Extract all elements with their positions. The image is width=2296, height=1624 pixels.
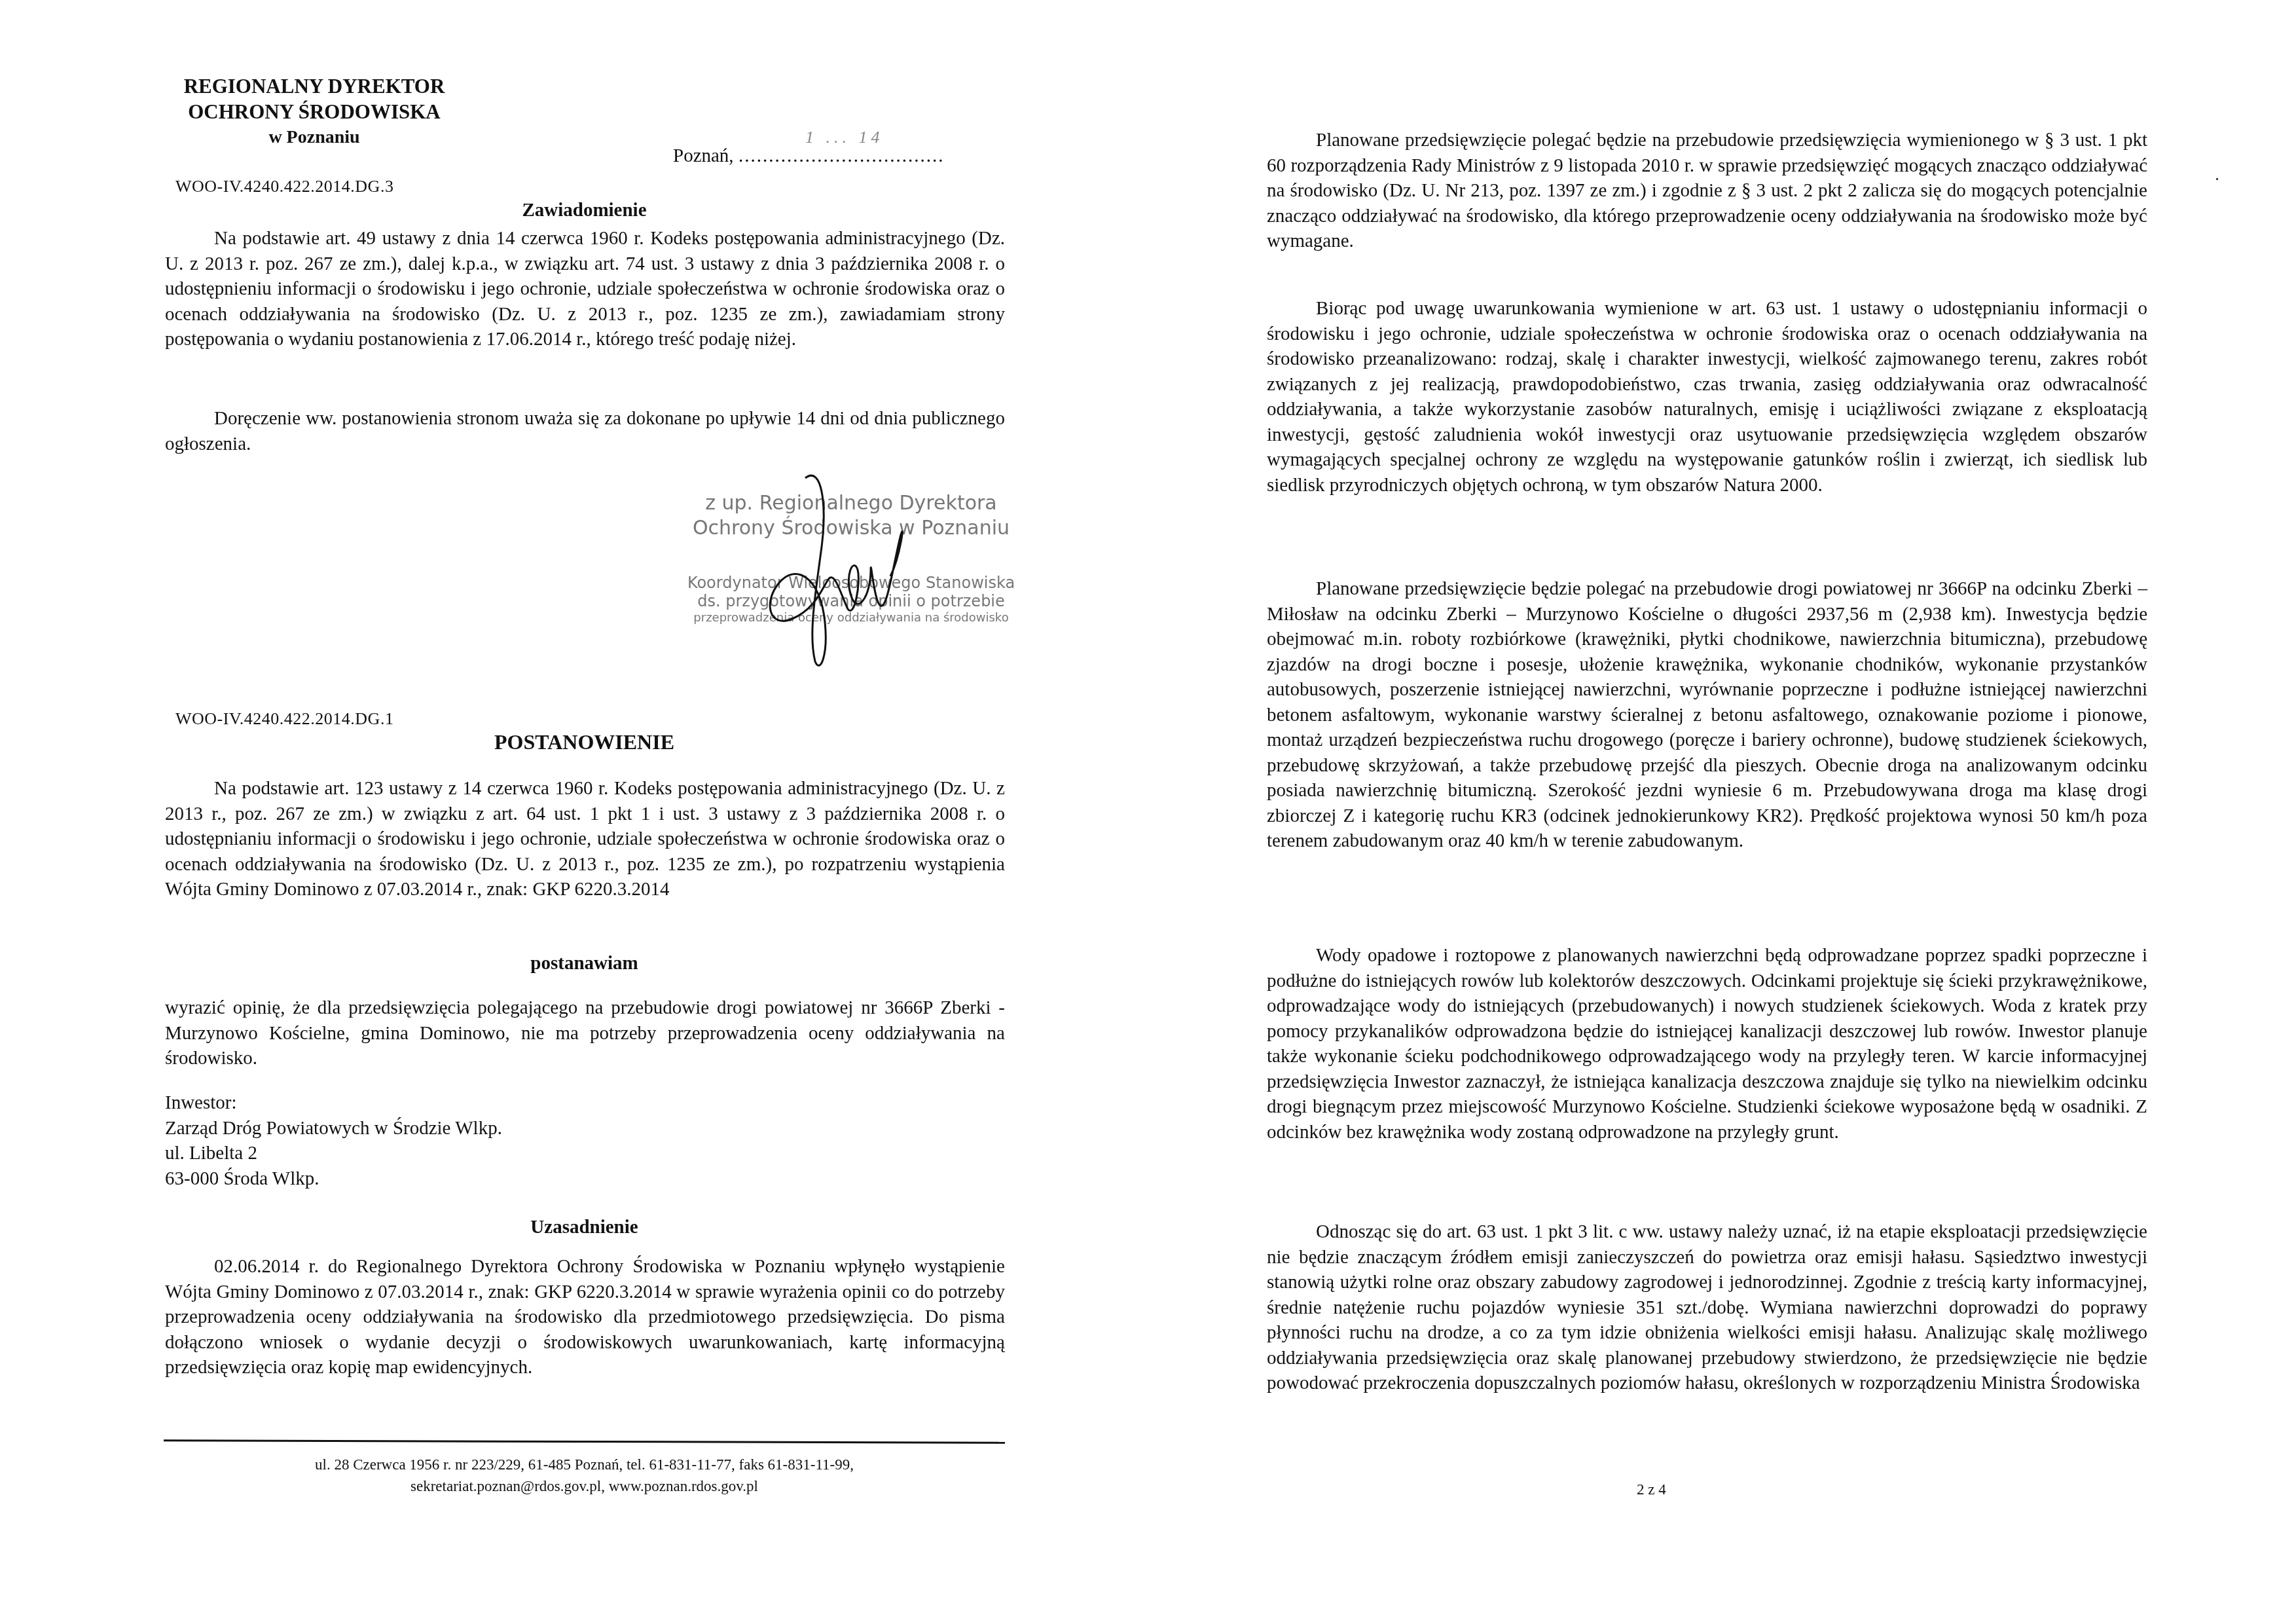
issuer-line-2: OCHRONY ŚRODOWISKA: [164, 99, 465, 124]
right-paragraph-4: Wody opadowe i roztopowe z planowanych n…: [1267, 943, 2147, 1145]
date-dots: ..................................: [738, 145, 945, 166]
investor-street: ul. Libelta 2: [165, 1141, 820, 1166]
handwritten-signature-icon: [743, 465, 913, 674]
reference-number-decision: WOO-IV.4240.422.2014.DG.1: [175, 709, 393, 729]
scan-speck: [2216, 178, 2218, 180]
document-page-right: Planowane przedsięwzięcie polegać będzie…: [1148, 0, 2296, 1624]
justification-title: Uzasadnienie: [164, 1217, 1005, 1238]
decision-title: POSTANOWIENIE: [164, 730, 1005, 754]
right-paragraph-5: Odnosząc się do art. 63 ust. 1 pkt 3 lit…: [1267, 1219, 2147, 1396]
right-paragraph-3: Planowane przedsięwzięcie będzie polegać…: [1267, 576, 2147, 854]
investor-name: Zarząd Dróg Powiatowych w Środzie Wlkp.: [165, 1116, 820, 1141]
justification-paragraph: 02.06.2014 r. do Regionalnego Dyrektora …: [165, 1254, 1005, 1380]
office-contact-footer: ul. 28 Czerwca 1956 r. nr 223/229, 61-48…: [164, 1454, 1005, 1497]
notice-title: Zawiadomienie: [164, 200, 1005, 221]
footer-email-web: sekretariat.poznan@rdos.gov.pl, www.pozn…: [164, 1475, 1005, 1497]
investor-label: Inwestor:: [165, 1090, 820, 1116]
document-page-left: REGIONALNY DYREKTOR OCHRONY ŚRODOWISKA w…: [0, 0, 1148, 1624]
footer-address: ul. 28 Czerwca 1956 r. nr 223/229, 61-48…: [164, 1454, 1005, 1475]
issuer-header: REGIONALNY DYREKTOR OCHRONY ŚRODOWISKA w…: [164, 73, 465, 150]
notice-paragraph-1: Na podstawie art. 49 ustawy z dnia 14 cz…: [165, 226, 1005, 352]
investor-city: 63-000 Środa Wlkp.: [165, 1166, 820, 1192]
right-paragraph-1: Planowane przedsięwzięcie polegać będzie…: [1267, 128, 2147, 254]
issuer-line-3: w Poznaniu: [164, 124, 465, 150]
reference-number-notice: WOO-IV.4240.422.2014.DG.3: [175, 177, 393, 196]
place-label: Poznań,: [673, 145, 734, 166]
right-paragraph-2: Biorąc pod uwagę uwarunkowania wymienion…: [1267, 296, 2147, 498]
resolve-title: postanawiam: [164, 953, 1005, 974]
page-number: 2 z 4: [1637, 1481, 1666, 1498]
decision-paragraph: Na podstawie art. 123 ustawy z 14 czerwc…: [165, 776, 1005, 902]
footer-divider: [164, 1439, 1005, 1443]
resolve-paragraph: wyrazić opinię, że dla przedsięwzięcia p…: [165, 995, 1005, 1071]
date-stamp: 1 ... 14: [805, 128, 884, 147]
issuer-line-1: REGIONALNY DYREKTOR: [164, 73, 465, 99]
place-date-line: Poznań, ................................…: [673, 145, 944, 167]
notice-paragraph-2: Doręczenie ww. postanowienia stronom uwa…: [165, 406, 1005, 456]
investor-block: Inwestor: Zarząd Dróg Powiatowych w Środ…: [165, 1090, 820, 1191]
